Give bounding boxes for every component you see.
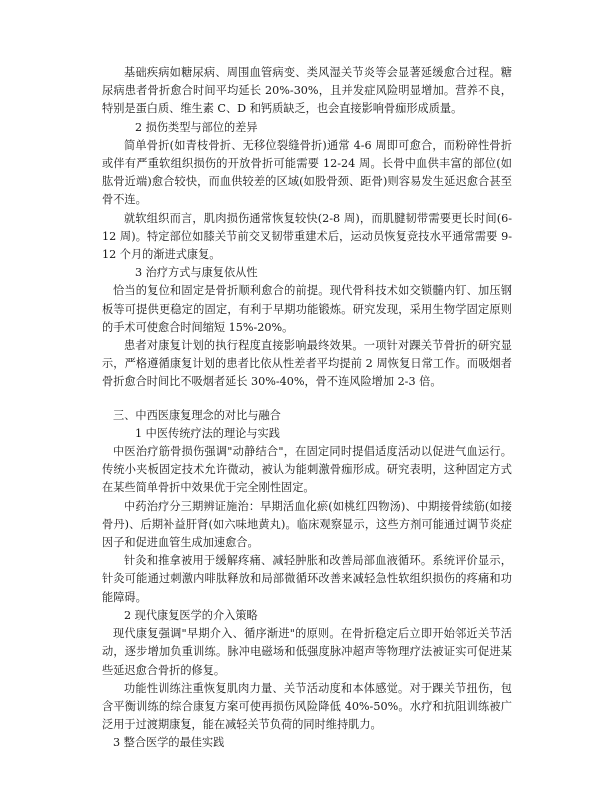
- paragraph-tcm-herbal: 中药治疗分三期辨证施治：早期活血化瘀(如桃红四物汤)、中期接骨续筋(如接骨丹)、…: [102, 498, 512, 553]
- paragraph-compliance: 患者对康复计划的执行程度直接影响最终效果。一项针对踝关节骨折的研究显示，严格遵循…: [102, 337, 512, 392]
- paragraph-fracture-types: 简单骨折(如青枝骨折、无移位裂缝骨折)通常 4-6 周即可愈合，而粉碎性骨折或伴…: [102, 137, 512, 210]
- section-heading-tcm-western: 三、中西医康复理念的对比与融合: [102, 407, 512, 425]
- paragraph-comorbidity: 基础疾病如糖尿病、周围血管病变、类风湿关节炎等会显著延缓愈合过程。糖尿病患者骨折…: [102, 64, 512, 119]
- subheading-tcm-theory: 1 中医传统疗法的理论与实践: [102, 425, 512, 443]
- subheading-modern-rehab: 2 现代康复医学的介入策略: [102, 607, 512, 625]
- paragraph-tcm-fixation: 中医治疗筋骨损伤强调"动静结合"，在固定同时提倡适度活动以促进气血运行。传统小夹…: [102, 443, 512, 498]
- subheading-treatment-compliance: 3 治疗方式与康复依从性: [102, 264, 512, 282]
- document-page: 基础疾病如糖尿病、周围血管病变、类风湿关节炎等会显著延缓愈合过程。糖尿病患者骨折…: [102, 64, 512, 753]
- paragraph-fixation: 恰当的复位和固定是骨折顺利愈合的前提。现代骨科技术如交锁髓内钉、加压钢板等可提供…: [102, 282, 512, 337]
- subheading-integrative-practice: 3 整合医学的最佳实践: [102, 734, 512, 752]
- paragraph-soft-tissue: 就软组织而言，肌肉损伤通常恢复较快(2-8 周)，而肌腱韧带需要更长时间(6-1…: [102, 210, 512, 265]
- subheading-injury-type: 2 损伤类型与部位的差异: [102, 119, 512, 137]
- paragraph-functional-training: 功能性训练注重恢复肌肉力量、关节活动度和本体感觉。对于踝关节扭伤，包含平衡训练的…: [102, 680, 512, 735]
- paragraph-acupuncture: 针灸和推拿被用于缓解疼痛、减轻肿胀和改善局部血液循环。系统评价显示，针灸可能通过…: [102, 552, 512, 607]
- section-gap: [102, 392, 512, 407]
- paragraph-modern-rehab: 现代康复强调"早期介入、循序渐进"的原则。在骨折稳定后立即开始邻近关节活动，逐步…: [102, 625, 512, 680]
